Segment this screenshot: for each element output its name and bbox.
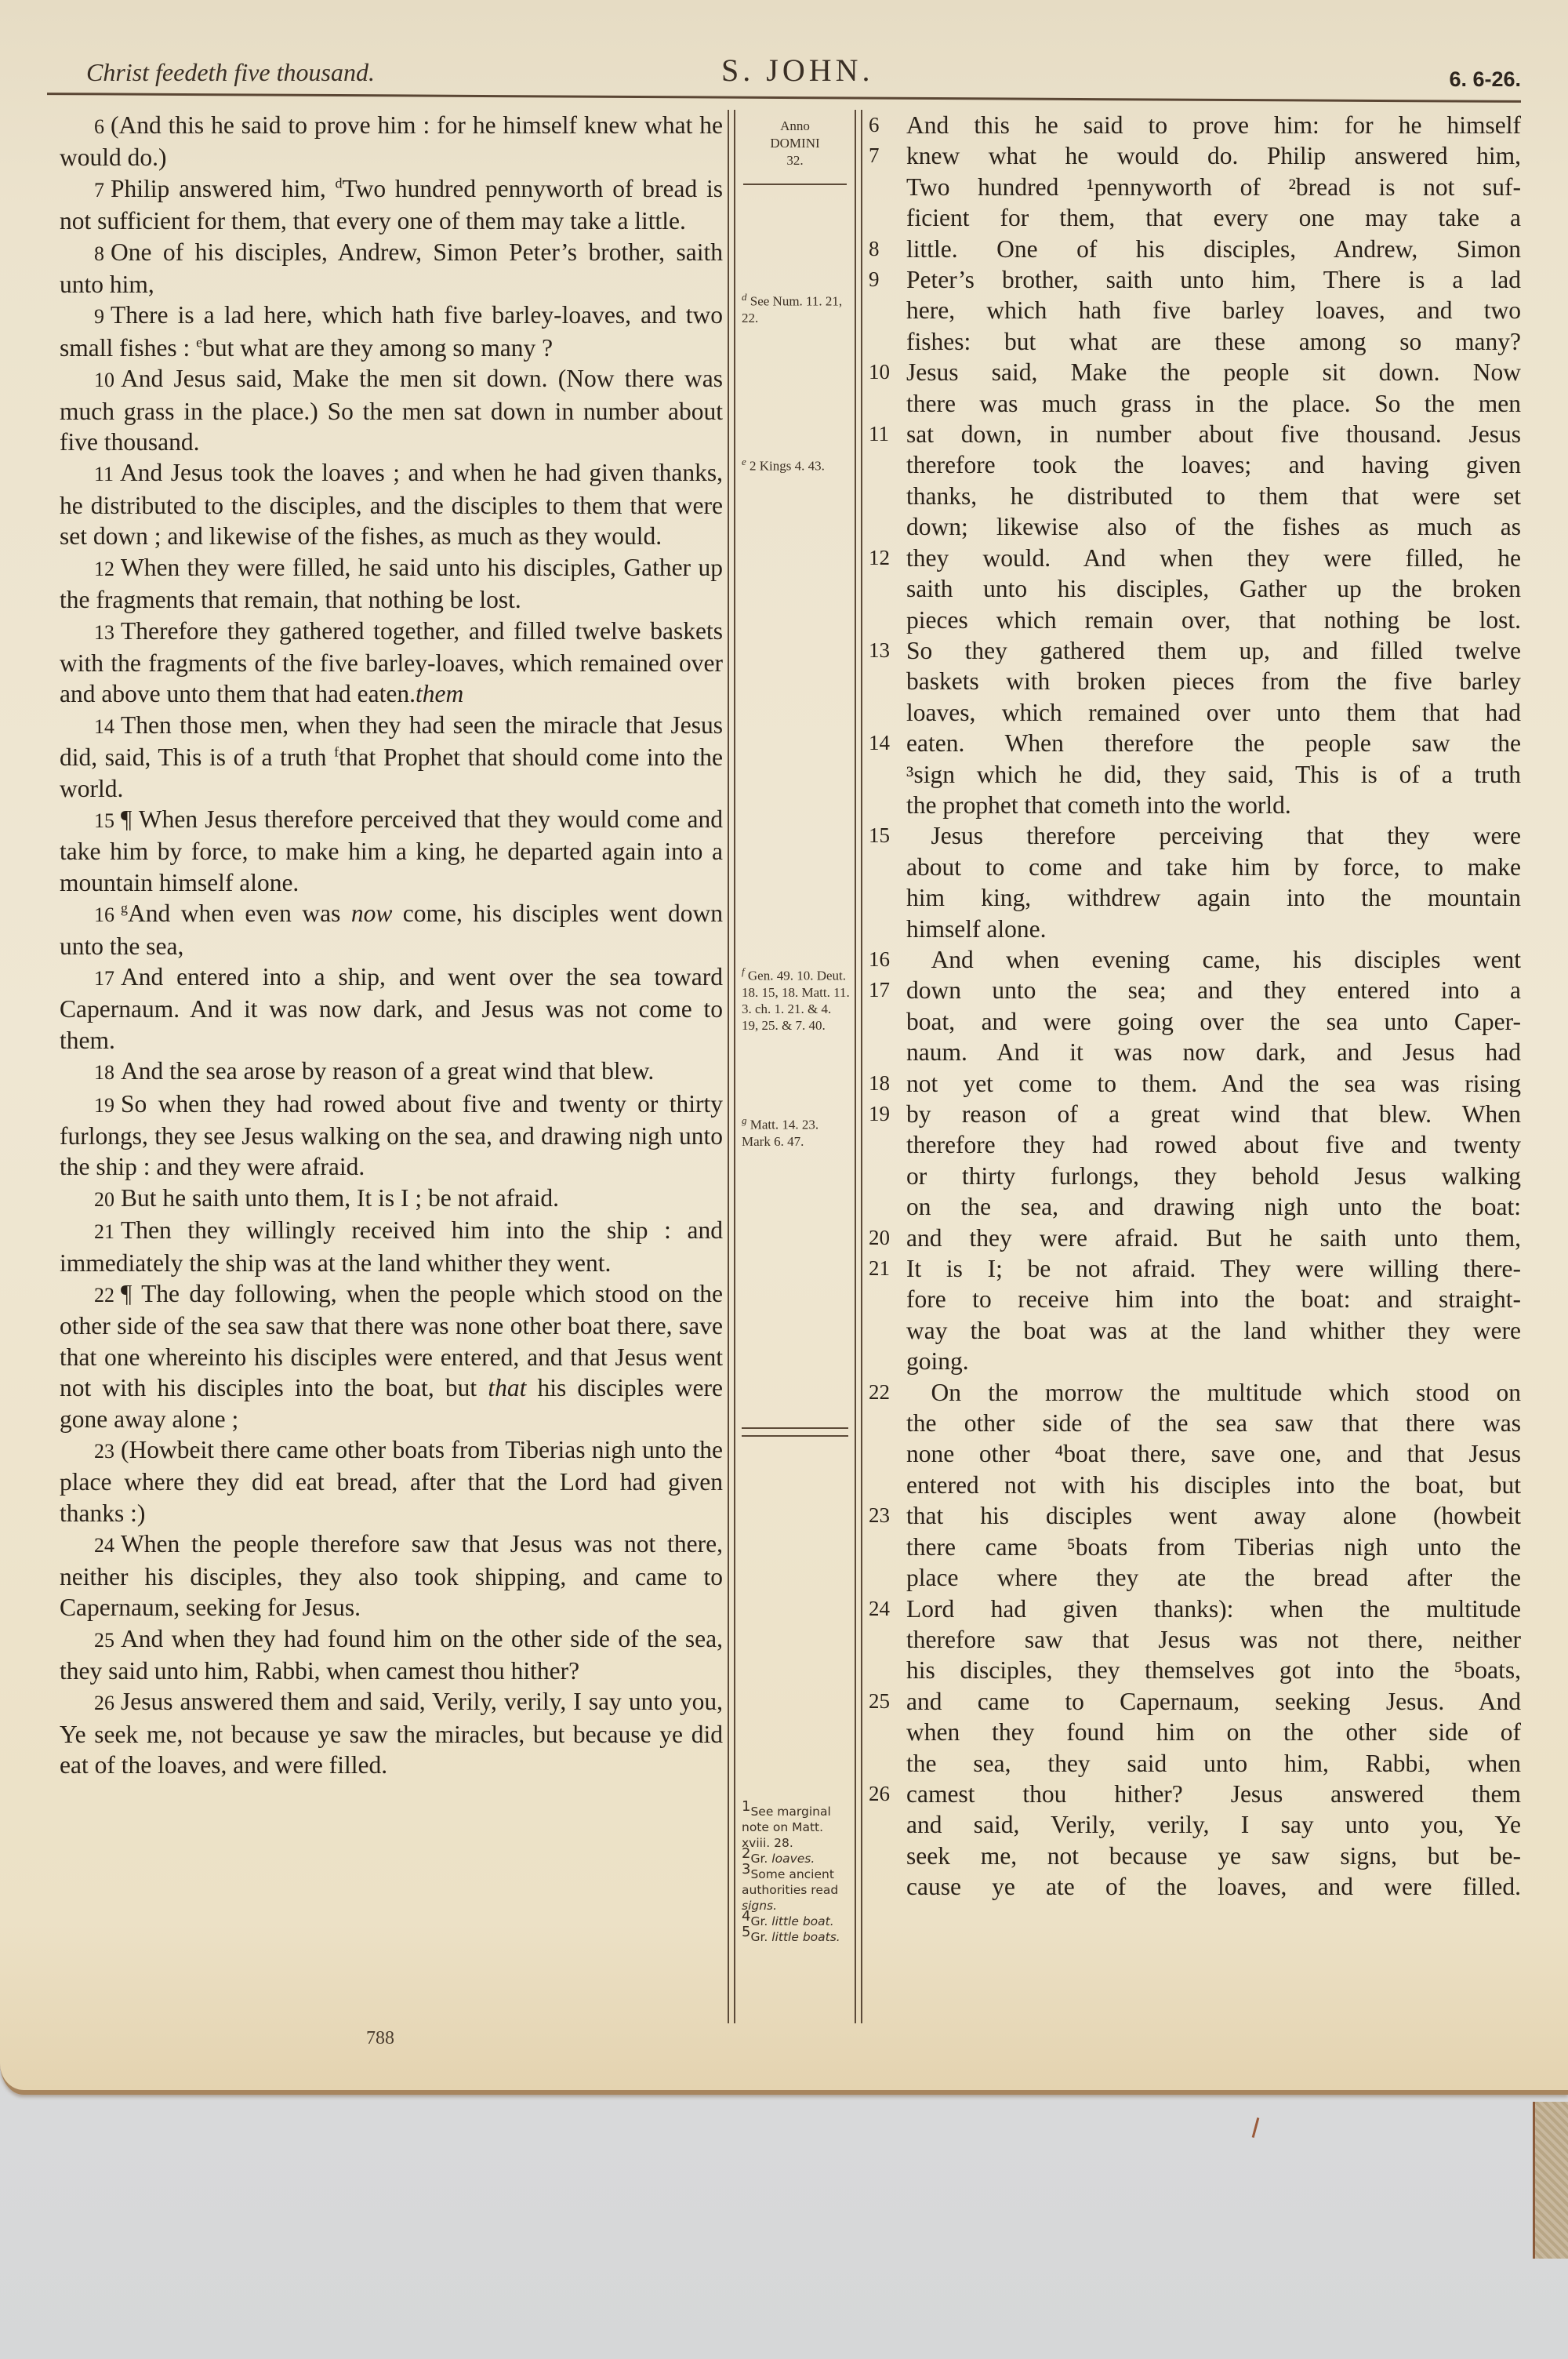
verse-number: 18	[94, 1061, 114, 1084]
text-line: going.	[870, 1346, 1521, 1376]
reference-mark: g	[742, 1114, 747, 1126]
reference-mark: e	[742, 456, 746, 467]
text-line: there was much grass in the place. So th…	[870, 388, 1521, 419]
line-text: baskets with broken pieces from the five…	[906, 667, 1521, 695]
text-line: 17down unto the sea; and they entered in…	[870, 975, 1521, 1005]
page-number: 788	[366, 2028, 394, 2049]
verse: 23(Howbeit there came other boats from T…	[60, 1434, 723, 1528]
text-line: his disciples, they themselves got into …	[870, 1655, 1521, 1685]
verse-number: 18	[869, 1068, 890, 1099]
text-line: there came ⁵boats from Tiberias nigh unt…	[870, 1532, 1521, 1562]
text-line: way the boat was at the land whither the…	[870, 1315, 1521, 1346]
text-line: therefore they had rowed about five and …	[870, 1129, 1521, 1160]
verse-number: 9	[94, 305, 104, 328]
text-line: seek me, not because ye saw signs, but b…	[870, 1841, 1521, 1871]
text-line: thanks, he distributed to them that were…	[870, 481, 1521, 511]
verse-number: 13	[94, 621, 114, 644]
text-line: 23that his disciples went away alone (ho…	[870, 1500, 1521, 1531]
line-text: none other ⁴boat there, save one, and th…	[906, 1440, 1521, 1467]
verse-number: 6	[94, 115, 104, 138]
verse: 20But he saith unto them, It is I ; be n…	[60, 1183, 723, 1215]
center-margin-column: Anno DOMINI 32. d See Num. 11. 21, 22.e …	[734, 110, 856, 2023]
book-page: Christ feedeth five thousand. S. JOHN. 6…	[0, 0, 1568, 2095]
footnote-number: 1	[742, 1798, 750, 1815]
line-text: going.	[906, 1347, 969, 1375]
verse-number: 8	[94, 242, 104, 265]
footnote: 3Some ancient authorities read signs.	[742, 1866, 850, 1914]
verse-number: 23	[869, 1500, 890, 1531]
verse-number: 9	[869, 264, 880, 295]
footnote-number: 3	[742, 1861, 750, 1877]
running-head: Christ feedeth five thousand.	[86, 58, 375, 87]
verse-number: 12	[94, 558, 114, 580]
italic-word: little boat.	[771, 1914, 833, 1928]
verse-number: 15	[94, 809, 114, 832]
cross-reference: d See Num. 11. 21, 22.	[742, 289, 850, 326]
verse-number: 24	[869, 1594, 890, 1624]
text-line: fore to receive him into the boat: and s…	[870, 1284, 1521, 1314]
text-line: entered not with his disciples into the …	[870, 1470, 1521, 1500]
italic-word: now	[351, 900, 393, 927]
line-text: that his disciples went away alone (howb…	[906, 1502, 1521, 1529]
text-line: about to come and take him by force, to …	[870, 852, 1521, 882]
footnote: 1See marginal note on Matt. xviii. 28.	[742, 1804, 850, 1851]
line-text: Lord had given thanks): when the multitu…	[906, 1595, 1521, 1623]
verse: 19So when they had rowed about five and …	[60, 1089, 723, 1183]
verse-number: 11	[94, 463, 114, 485]
line-text: the prophet that cometh into the world.	[906, 791, 1291, 819]
line-text: they would. And when they were filled, h…	[906, 544, 1521, 572]
verse-number: 11	[869, 419, 889, 449]
text-line: 15 Jesus therefore perceiving that they …	[870, 820, 1521, 851]
reference-mark: f	[742, 965, 745, 977]
line-text: place where they ate the bread after the	[906, 1564, 1521, 1591]
line-text: fishes: but what are these among so many…	[906, 328, 1521, 355]
text-line: naum. And it was now dark, and Jesus had	[870, 1037, 1521, 1067]
line-text: Jesus therefore perceiving that they wer…	[906, 822, 1521, 849]
line-text: there was much grass in the place. So th…	[906, 390, 1521, 417]
verse: 12When they were filled, he said unto hi…	[60, 552, 723, 616]
text-line: 24Lord had given thanks): when the multi…	[870, 1594, 1521, 1624]
line-text: entered not with his disciples into the …	[906, 1471, 1521, 1499]
verse-number: 16	[94, 903, 114, 926]
verse: 18And the sea arose by reason of a great…	[60, 1056, 723, 1088]
verse-number: 20	[869, 1223, 890, 1253]
text-line: 9Peter’s brother, saith unto him, There …	[870, 264, 1521, 295]
footnote: 2Gr. loaves.	[742, 1851, 850, 1866]
reference-mark: e	[196, 334, 202, 350]
header-rule	[47, 93, 1521, 103]
line-text: little. One of his disciples, Andrew, Si…	[906, 235, 1521, 263]
text-line: place where they ate the bread after the	[870, 1562, 1521, 1593]
text-line: 6And this he said to prove him: for he h…	[870, 110, 1521, 140]
year-label: 32.	[735, 152, 855, 169]
verse: 8One of his disciples, Andrew, Simon Pet…	[60, 237, 723, 300]
line-text: and they were afraid. But he saith unto …	[906, 1224, 1521, 1252]
verse: 11And Jesus took the loaves ; and when h…	[60, 457, 723, 551]
text-line: 20and they were afraid. But he saith unt…	[870, 1223, 1521, 1253]
verse: 26Jesus answered them and said, Verily, …	[60, 1686, 723, 1780]
text-line: 19by reason of a great wind that blew. W…	[870, 1099, 1521, 1129]
line-text: the other side of the sea saw that there…	[906, 1409, 1521, 1437]
verse-number: 26	[94, 1692, 114, 1714]
revised-version-footnotes: 1See marginal note on Matt. xviii. 28.2G…	[742, 1804, 850, 1945]
line-text: It is I; be not afraid. They were willin…	[906, 1255, 1521, 1282]
text-line: on the sea, and drawing nigh unto the bo…	[870, 1191, 1521, 1222]
revised-version-column: 6And this he said to prove him: for he h…	[870, 110, 1521, 1903]
italic-word: them	[416, 680, 463, 707]
line-text: when they found him on the other side of	[906, 1718, 1521, 1746]
text-line: loaves, which remained over unto them th…	[870, 697, 1521, 728]
line-text: on the sea, and drawing nigh unto the bo…	[906, 1193, 1521, 1220]
verse: 15¶ When Jesus therefore perceived that …	[60, 804, 723, 898]
verse-number: 22	[869, 1377, 890, 1408]
line-text: therefore saw that Jesus was not there, …	[906, 1626, 1521, 1653]
line-text: there came ⁵boats from Tiberias nigh unt…	[906, 1533, 1521, 1561]
text-line: cause ye ate of the loaves, and were fil…	[870, 1871, 1521, 1902]
verse-number: 24	[94, 1534, 114, 1557]
line-text: loaves, which remained over unto them th…	[906, 699, 1521, 726]
margin-double-rule	[742, 1427, 848, 1437]
reference-mark: f	[334, 744, 339, 760]
verse-number: 14	[94, 715, 114, 738]
reference-mark: g	[121, 900, 128, 916]
verse-number: 6	[869, 110, 880, 140]
text-line: therefore took the loaves; and having gi…	[870, 449, 1521, 480]
line-text: naum. And it was now dark, and Jesus had	[906, 1038, 1521, 1066]
footnote-number: 2	[742, 1845, 750, 1862]
verse-number: 23	[94, 1440, 114, 1463]
text-line: fishes: but what are these among so many…	[870, 326, 1521, 357]
line-text: eaten. When therefore the people saw the	[906, 729, 1521, 757]
verse-number: 8	[869, 234, 880, 264]
verse: 14Then those men, when they had seen the…	[60, 710, 723, 804]
verse: 17And entered into a ship, and went over…	[60, 961, 723, 1056]
chapter-verse-range: 6. 6-26.	[1449, 67, 1521, 92]
text-line: 12they would. And when they were filled,…	[870, 543, 1521, 573]
book-title: S. JOHN.	[721, 52, 873, 89]
footnote-number: 4	[742, 1908, 750, 1925]
verse-number: 17	[869, 975, 890, 1005]
line-text: ³sign which he did, they said, This is o…	[906, 761, 1521, 788]
line-text: And this he said to prove him: for he hi…	[906, 111, 1521, 139]
text-line: ³sign which he did, they said, This is o…	[870, 759, 1521, 790]
footnote-number: 5	[742, 1924, 750, 1940]
line-text: seek me, not because ye saw signs, but b…	[906, 1842, 1521, 1870]
verse-number: 10	[869, 357, 890, 387]
line-text: not yet come to them. And the sea was ri…	[906, 1070, 1521, 1097]
verse-number: 7	[94, 179, 104, 202]
text-line: 18not yet come to them. And the sea was …	[870, 1068, 1521, 1099]
line-text: sat down, in number about five thousand.…	[906, 420, 1521, 448]
line-text: down; likewise also of the fishes as muc…	[906, 513, 1521, 540]
anno-domini-block: Anno DOMINI 32.	[735, 110, 855, 169]
line-text: cause ye ate of the loaves, and were fil…	[906, 1873, 1521, 1900]
verse-number: 20	[94, 1188, 114, 1211]
page-header: Christ feedeth five thousand. S. JOHN. 6…	[86, 52, 1521, 91]
text-line: saith unto his disciples, Gather up the …	[870, 573, 1521, 604]
verse: 13Therefore they gathered together, and …	[60, 616, 723, 710]
verse-number: 14	[869, 728, 890, 758]
line-text: ficient for them, that every one may tak…	[906, 204, 1521, 231]
footnote: 5Gr. little boats.	[742, 1929, 850, 1945]
verse: 22¶ The day following, when the people w…	[60, 1278, 723, 1434]
text-line: when they found him on the other side of	[870, 1717, 1521, 1747]
verse-number: 16	[869, 944, 890, 975]
line-text: him king, withdrew again into the mounta…	[906, 884, 1521, 911]
text-line: therefore saw that Jesus was not there, …	[870, 1624, 1521, 1655]
authorized-version-column: 6(And this he said to prove him : for he…	[60, 110, 723, 1781]
italic-word: little boats.	[771, 1930, 840, 1944]
line-text: therefore took the loaves; and having gi…	[906, 451, 1521, 478]
text-line: 26camest thou hither? Jesus answered the…	[870, 1779, 1521, 1809]
verse-number: 21	[94, 1220, 114, 1243]
line-text: the sea, they said unto him, Rabbi, when	[906, 1750, 1521, 1777]
text-line: 10Jesus said, Make the people sit down. …	[870, 357, 1521, 387]
italic-word: that	[488, 1374, 526, 1401]
text-line: 21It is I; be not afraid. They were will…	[870, 1253, 1521, 1284]
text-line: boat, and were going over the sea unto C…	[870, 1006, 1521, 1037]
domini-label: DOMINI	[735, 135, 855, 152]
footnote: 4Gr. little boat.	[742, 1914, 850, 1929]
cross-reference: f Gen. 49. 10. Deut. 18. 15, 18. Matt. 1…	[742, 963, 850, 1034]
verse: 10And Jesus said, Make the men sit down.…	[60, 363, 723, 457]
line-text: So they gathered them up, and filled twe…	[906, 637, 1521, 664]
text-line: or thirty furlongs, they behold Jesus wa…	[870, 1161, 1521, 1191]
cross-reference: g Matt. 14. 23. Mark 6. 47.	[742, 1112, 850, 1150]
verse-number: 12	[869, 543, 890, 573]
verse-number: 19	[869, 1099, 890, 1129]
line-text: pieces which remain over, that nothing b…	[906, 606, 1521, 634]
line-text: Peter’s brother, saith unto him, There i…	[906, 266, 1521, 293]
verse: 9There is a lad here, which hath five ba…	[60, 300, 723, 363]
text-line: 13So they gathered them up, and filled t…	[870, 635, 1521, 666]
reference-mark: d	[336, 175, 343, 191]
verse-number: 25	[869, 1686, 890, 1717]
text-line: the sea, they said unto him, Rabbi, when	[870, 1748, 1521, 1779]
bookmark-ribbon	[1533, 2102, 1568, 2259]
line-text: and came to Capernaum, seeking Jesus. An…	[906, 1688, 1521, 1715]
line-text: his disciples, they themselves got into …	[906, 1656, 1521, 1684]
line-text: down unto the sea; and they entered into…	[906, 976, 1521, 1004]
verse-number: 17	[94, 967, 114, 990]
text-line: him king, withdrew again into the mounta…	[870, 882, 1521, 913]
text-line: none other ⁴boat there, save one, and th…	[870, 1438, 1521, 1469]
verse: 16gAnd when even was now come, his disci…	[60, 898, 723, 961]
cross-reference: e 2 Kings 4. 43.	[742, 453, 850, 474]
text-line: the other side of the sea saw that there…	[870, 1408, 1521, 1438]
text-line: Two hundred ¹pennyworth of ²bread is not…	[870, 172, 1521, 202]
line-text: therefore they had rowed about five and …	[906, 1131, 1521, 1158]
verse: 24When the people therefore saw that Jes…	[60, 1528, 723, 1623]
line-text: thanks, he distributed to them that were…	[906, 482, 1521, 510]
text-line: pieces which remain over, that nothing b…	[870, 605, 1521, 635]
text-line: 8little. One of his disciples, Andrew, S…	[870, 234, 1521, 264]
text-line: 14eaten. When therefore the people saw t…	[870, 728, 1521, 758]
reference-mark: d	[742, 291, 747, 303]
line-text: saith unto his disciples, Gather up the …	[906, 575, 1521, 602]
verse-number: 10	[94, 369, 114, 391]
text-line: the prophet that cometh into the world.	[870, 790, 1521, 820]
text-line: 16 And when evening came, his disciples …	[870, 944, 1521, 975]
anno-label: Anno	[735, 118, 855, 135]
line-text: here, which hath five barley loaves, and…	[906, 296, 1521, 324]
line-text: camest thou hither? Jesus answered them	[906, 1780, 1521, 1808]
text-line: 11sat down, in number about five thousan…	[870, 419, 1521, 449]
verse: 7Philip answered him, dTwo hundred penny…	[60, 173, 723, 237]
text-line: baskets with broken pieces from the five…	[870, 666, 1521, 696]
verse: 6(And this he said to prove him : for he…	[60, 110, 723, 173]
line-text: Jesus said, Make the people sit down. No…	[906, 358, 1521, 386]
text-line: and said, Verily, verily, I say unto you…	[870, 1809, 1521, 1840]
text-line: ficient for them, that every one may tak…	[870, 202, 1521, 233]
verse-number: 19	[94, 1094, 114, 1117]
line-text: by reason of a great wind that blew. Whe…	[906, 1100, 1521, 1128]
verse-number: 13	[869, 635, 890, 666]
verse-number: 26	[869, 1779, 890, 1809]
italic-word: loaves.	[771, 1852, 815, 1866]
line-text: On the morrow the multitude which stood …	[906, 1379, 1521, 1406]
line-text: boat, and were going over the sea unto C…	[906, 1008, 1521, 1035]
verse-number: 25	[94, 1629, 114, 1652]
verse-number: 15	[869, 820, 890, 851]
line-text: about to come and take him by force, to …	[906, 853, 1521, 881]
line-text: Two hundred ¹pennyworth of ²bread is not…	[906, 173, 1521, 201]
line-text: himself alone.	[906, 915, 1046, 943]
text-line: here, which hath five barley loaves, and…	[870, 295, 1521, 325]
verse-number: 22	[94, 1284, 114, 1307]
line-text: or thirty furlongs, they behold Jesus wa…	[906, 1162, 1521, 1190]
line-text: fore to receive him into the boat: and s…	[906, 1285, 1521, 1313]
verse: 25And when they had found him on the oth…	[60, 1623, 723, 1687]
text-line: himself alone.	[870, 914, 1521, 944]
text-line: 25and came to Capernaum, seeking Jesus. …	[870, 1686, 1521, 1717]
anno-rule	[743, 184, 847, 185]
verse: 21Then they willingly received him into …	[60, 1215, 723, 1278]
line-text: And when evening came, his disciples wen…	[906, 946, 1521, 973]
line-text: and said, Verily, verily, I say unto you…	[906, 1811, 1521, 1838]
verse-number: 21	[869, 1253, 890, 1284]
text-line: down; likewise also of the fishes as muc…	[870, 511, 1521, 542]
verse-number: 7	[869, 140, 880, 171]
line-text: knew what he would do. Philip answered h…	[906, 142, 1521, 169]
text-line: 22 On the morrow the multitude which sto…	[870, 1377, 1521, 1408]
text-line: 7knew what he would do. Philip answered …	[870, 140, 1521, 171]
line-text: way the boat was at the land whither the…	[906, 1317, 1521, 1344]
